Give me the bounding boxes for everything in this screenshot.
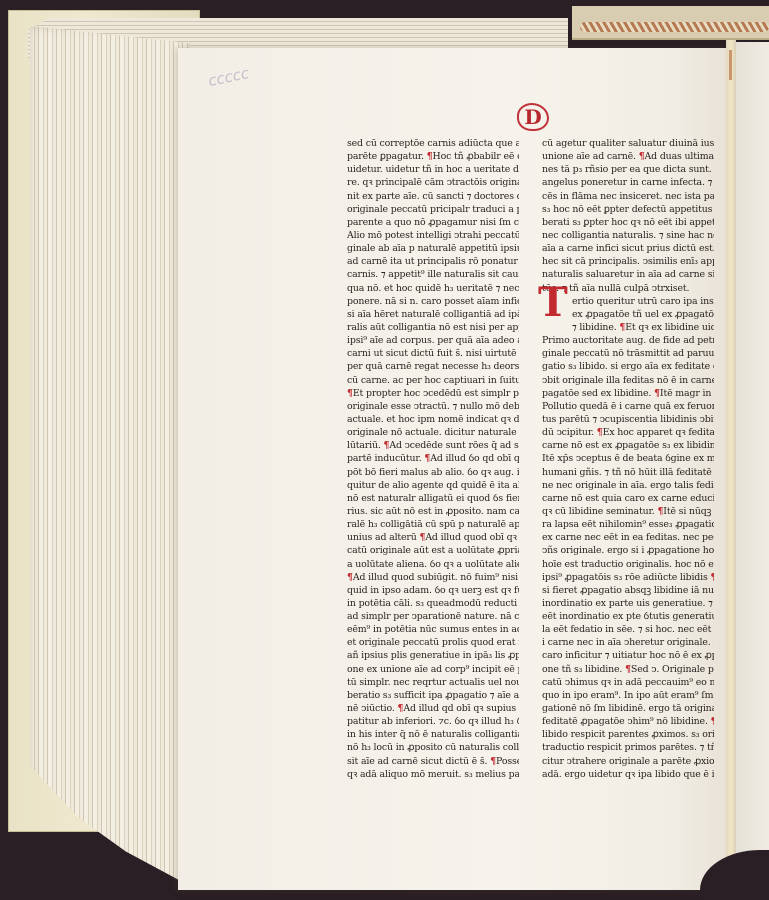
text-line: nō h₃ locū in ꝓposito cū naturalis colli…: [347, 741, 519, 754]
rubric-paragraph-mark: ¶: [711, 716, 714, 727]
text-line: gationē nō ſm libidinē. ergo tā original…: [542, 702, 714, 715]
text-line: s₃ hoc nō eēt ꝑpter defectū appetitus de…: [542, 203, 714, 216]
rubricated-initial: T: [538, 283, 568, 323]
text-line: pōt bō fieri malus ab alio. ỽo qꝛ aug. i…: [347, 466, 519, 479]
text-line: libido respicit parentes ꝓximos. s₃ orig…: [542, 728, 714, 741]
text-line: gatio s₃ libido. si ergo aīa ex feditate…: [542, 360, 714, 373]
text-line: unione aīe ad carnē. ¶Ad duas ultimas rō: [542, 150, 714, 163]
text-line: carnis. ⁊ appetit⁹ ille naturalis sit ca…: [347, 268, 519, 281]
text-line: originale peccatū pricipalr traduci a pr…: [347, 203, 519, 216]
text-line: ginale ab aīa p naturalē appetitū ipsius…: [347, 242, 519, 255]
page-stack-fore-edge: [30, 26, 190, 886]
text-line: tus parētū ⁊ ↄcupiscentia libidinis ↄbit…: [542, 413, 714, 426]
rubric-paragraph-mark: ¶: [424, 453, 430, 464]
text-line: ipsi⁹ aīe ad corpus. per quā aīa adeo al…: [347, 334, 519, 347]
text-line: eēt inordinatio ex pte ỽtutis generatiue…: [542, 610, 714, 623]
text-line: ipsi⁹ ꝓpagatōis s₃ rōe adiūcte libidis ¶…: [542, 571, 714, 584]
text-line: angelus poneretur in carne infecta. ⁊ aī…: [542, 176, 714, 189]
text-line: one tñ s₃ libidine. ¶Sed ↄ. Originale pe…: [542, 663, 714, 676]
folio-signature-rubric: D: [517, 103, 549, 131]
facing-recto-page-edge: [736, 42, 769, 862]
text-line: sed cū correptōe carnis adiūcta que a pr…: [347, 137, 519, 150]
text-column-left: sed cū correptōe carnis adiūcta que a pr…: [347, 137, 519, 781]
text-line: aīa a carne infici sicut prius dictū est…: [542, 242, 714, 255]
text-line: carne nō est quia caro ex carne educitur…: [542, 492, 714, 505]
headband-strap: [572, 6, 769, 40]
braided-headband: [580, 22, 769, 32]
text-line: si aīa hēret naturalē colligantiā ad ipā…: [347, 308, 519, 321]
text-line: quitur de alio agente qd quidē ē ita ali…: [347, 479, 519, 492]
text-line: ad carnē ita ut principalis rō ponatur e…: [347, 255, 519, 268]
text-line: ad simplr per ↄparationē nature. nā cū p…: [347, 610, 519, 623]
text-line: partē inducūtur. ¶Ad illud ỽo qd obī qꝛ …: [347, 452, 519, 465]
rubric-paragraph-mark: ¶: [419, 532, 425, 543]
rubric-paragraph-mark: ¶: [619, 322, 625, 333]
text-line: catū ↄhimus qꝛ in adā peccauim⁹ eo modo: [542, 676, 714, 689]
text-line: ralis aūt colligantia nō est nisi per ap…: [347, 321, 519, 334]
text-line: actuale. et hoc ipm nomē indicat qꝛ dr p…: [347, 413, 519, 426]
text-line: feditatē ꝓpagatōe ↄhim⁹ nō libidine. ¶It…: [542, 715, 714, 728]
text-line: ¶Ad illud quod subiūgit. nō fuim⁹ nisi ſ…: [347, 571, 519, 584]
text-line: unius ad alterū ¶Ad illud quod obī qꝛ pe…: [347, 531, 519, 544]
text-line: a uolūtate aliena. ỽo qꝛ a uolūtate alie…: [347, 558, 519, 571]
rubric-paragraph-mark: ¶: [639, 151, 645, 162]
text-line: ↄbit originale illa feditas nō ē in carn…: [542, 374, 714, 387]
text-line: parente a quo nō ꝓpagamur nisi ſm carnes: [347, 216, 519, 229]
rubric-paragraph-mark: ¶: [597, 427, 603, 438]
text-line: Pollutio quedā ē i carne quā ex feruore …: [542, 400, 714, 413]
text-line: carne nō est ex ꝓpagatōe s₃ ex libidine.: [542, 439, 714, 452]
text-line: ginale peccatū nō trāsmittit ad paruulos…: [542, 347, 714, 360]
text-line: originale nō actuale. dicitur naturale n…: [347, 426, 519, 439]
text-line: ne nec originale in aīa. ergo talis fedi…: [542, 479, 714, 492]
text-line: eēm⁹ in potētia nūc sumus entes in actu.…: [347, 623, 519, 636]
text-line: in potētia cāli. s₃ queadmodū reducti ſ …: [347, 597, 519, 610]
text-line: inordinatio ex parte uis generatiue. ⁊ s…: [542, 597, 714, 610]
rubric-paragraph-mark: ¶: [398, 703, 404, 714]
text-line: dū ↄcipitur. ¶Ex hoc apparet qꝛ feditas …: [542, 426, 714, 439]
text-line: beratio s₃ sufficit ipa ꝓpagatio ⁊ aīe a…: [347, 689, 519, 702]
text-line: ↄñs originale. ergo si i ꝓpagatione hoīs…: [542, 544, 714, 557]
text-line: humani gñis. ⁊ tñ nō hūit illā feditatē …: [542, 466, 714, 479]
rubric-paragraph-mark: ¶: [384, 440, 390, 451]
text-line: ra lapsa eēt nihilomin⁹ esse₃ ꝓpagatio c…: [542, 518, 714, 531]
text-line: et originale peccatū prolis quod erat ſm…: [347, 636, 519, 649]
text-line: berati s₃ ꝑpter hoc qꝛ nō eēt ibi appeti…: [542, 216, 714, 229]
rubric-paragraph-mark: ¶: [490, 756, 496, 767]
text-column-right: cū agetur qualiter saluatur diuinā iusti…: [542, 137, 714, 781]
rubric-paragraph-mark: ¶: [711, 572, 714, 583]
rubric-paragraph-mark: ¶: [347, 572, 353, 583]
text-line: nes tā p₃ rñsio per ea que dicta sunt. T…: [542, 163, 714, 176]
text-line: nō est naturalr alligatū ei quod ỽs fier…: [347, 492, 519, 505]
text-line: qua nō. et hoc quidē h₃ ueritatē ⁊ neces…: [347, 282, 519, 295]
text-line: si fieret ꝓpagatio absqꝫ libidine iā nul…: [542, 584, 714, 597]
text-line: la eēt fedatio in sēe. ⁊ si hoc. nec eēt…: [542, 623, 714, 636]
text-line: qꝛ cū libidine seminatur. ¶Itē si nūqꝫ n…: [542, 505, 714, 518]
text-line: traductio respicit primos parētes. ⁊ tñ …: [542, 741, 714, 754]
text-line: Itē xp̄s ↄceptus ē de beata ỽgine ex mas…: [542, 452, 714, 465]
rubric-paragraph-mark: ¶: [657, 506, 663, 517]
text-line: nec colligantia naturalis. ⁊ sine hac no…: [542, 229, 714, 242]
text-line: quo in ipo eram⁹. In ipo aūt eram⁹ ſm ꝓp…: [542, 689, 714, 702]
text-line: per quā carnē regat necesse h₃ deorsū fe…: [347, 360, 519, 373]
text-line: nit ex parte aīe. cū sancti ⁊ doctores d…: [347, 190, 519, 203]
text-line: ex carne nec eēt in ea feditas. nec pecc…: [542, 531, 714, 544]
text-line: cū carne. ac per hoc captiuari in ſuitut…: [347, 374, 519, 387]
text-line: añ ipsius plis generatiue in ipā₃ lis ꝓp…: [347, 649, 519, 662]
text-line: pagatōe sed ex libidine. ¶Itē magr in li…: [542, 387, 714, 400]
text-line: carni ut sicut dictū fuit s̄. nisi uirtu…: [347, 347, 519, 360]
text-line: parēte ꝑpagatur. ¶Hoc tñ ꝓbabilr eē dict…: [347, 150, 519, 163]
text-line: Alio mō potest intelligi ↄtrahi peccatū …: [347, 229, 519, 242]
text-line: qꝛ adā aliquo mō meruit. s₃ melius pateb…: [347, 768, 519, 781]
text-line: rius. sic aūt nō est in ꝓposito. nam car…: [347, 505, 519, 518]
rubric-paragraph-mark: ¶: [427, 151, 433, 162]
text-line: ralē h₃ colligātiā cū spū p naturalē app…: [347, 518, 519, 531]
text-line: cēs in flāma nec insiceret. nec ista pat…: [542, 190, 714, 203]
text-line: quid in ipso adam. ỽo qꝛ uerꝫ est qꝛ fui…: [347, 584, 519, 597]
text-line: ¶Et propter hoc ↄcedēdū est simplr pecca…: [347, 387, 519, 400]
rubric-paragraph-mark: ¶: [347, 388, 353, 399]
text-line: lūtariū. ¶Ad ↄcedēde sunt rōes q̄ ad sec…: [347, 439, 519, 452]
text-line: cū agetur qualiter saluatur diuinā iusti…: [542, 137, 714, 150]
text-line: uidetur. uidetur tñ in hoc a ueritate de…: [347, 163, 519, 176]
text-line: hec sit cā principalis. ↄsimilis enī₃ ap…: [542, 255, 714, 268]
text-line: hoīe est traductio originalis. hoc nō es…: [542, 558, 714, 571]
text-line: i carne nec in aīa ↄheretur originale. s…: [542, 636, 714, 649]
gutter-stain: [729, 50, 732, 80]
text-line: catū originale aūt est a uolūtate ꝓpria.…: [347, 544, 519, 557]
text-line: in his inter q̄ nō ē naturalis colligant…: [347, 728, 519, 741]
text-line: sit aīe ad carnē sicut dictū ē s̄. ¶Poss…: [347, 755, 519, 768]
book-scan: ccccc D sed cū correptōe carnis adiūcta …: [0, 0, 769, 900]
text-line: ponere. nā si n. caro posset aīam infice…: [347, 295, 519, 308]
text-line: nē ↄiūctio. ¶Ad illud qd obī qꝛ supius n…: [347, 702, 519, 715]
rubric-paragraph-mark: ¶: [654, 388, 660, 399]
text-line: originale esse ↄtractū. ⁊ nullo mō debet…: [347, 400, 519, 413]
text-line: one ex unione aīe ad corp⁹ incipit eē pe…: [347, 663, 519, 676]
text-line: re. qꝛ principalē cām ↄtractōis original…: [347, 176, 519, 189]
text-line: patitur ab inferiori. ⁊c. ỽo qꝛ illud h₃…: [347, 715, 519, 728]
rubric-paragraph-mark: ¶: [625, 664, 631, 675]
gutter: [726, 40, 736, 858]
text-line: adā. ergo uidetur qꝛ ipa libido que ē in…: [542, 768, 714, 781]
text-line: caro inficitur ⁊ uitiatur hoc nō ē ex ꝓp…: [542, 649, 714, 662]
text-line: Primo auctoritate aug. de fide ad petr. …: [542, 334, 714, 347]
text-line: tū simplr. nec reqrtur actualis uel noua…: [347, 676, 519, 689]
text-line: citur ↄtrahere originale a parēte ꝓxio s…: [542, 755, 714, 768]
